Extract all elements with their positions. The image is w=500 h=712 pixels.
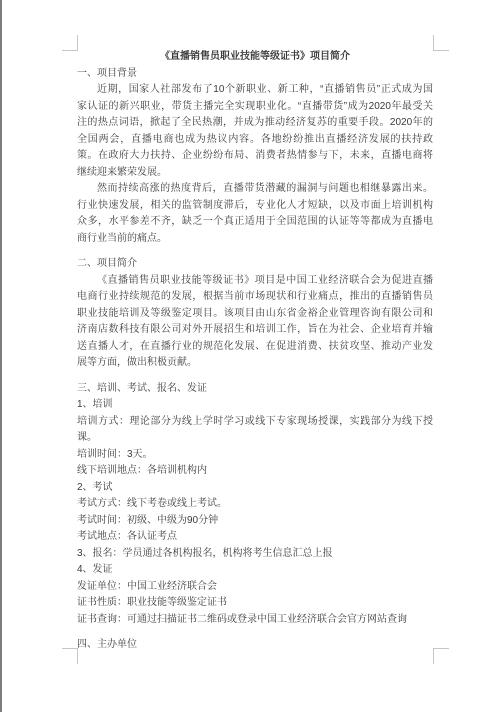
blank-line <box>77 247 433 256</box>
crop-mark-bottom-left-icon <box>62 648 78 664</box>
doc-line: 注的热点词语，掀起了全民热潮，并成为推动经济复苏的重要手段。2020年的 <box>77 115 433 132</box>
doc-line: 电商行业持续规范的发展，根据当前市场现状和行业痛点，推出的直播销售员 <box>77 289 433 306</box>
doc-line: 证书性质：职业技能等级鉴定证书 <box>77 595 433 612</box>
heading-project-introduction: 二、项目简介 <box>77 256 433 273</box>
doc-line: 4、发证 <box>77 562 433 579</box>
heading-host-organization: 四、主办单位 <box>77 637 433 654</box>
doc-line: 然而持续高涨的热度背后，直播带货潜藏的漏洞与问题也相继暴露出来。 <box>77 181 433 198</box>
doc-line: 考试方式：线下考卷或线上考试。 <box>77 496 433 513</box>
doc-line: 家认证的新兴职业，带货主播完全实现职业化。“直播带货”成为2020年最受关 <box>77 99 433 116</box>
doc-line: 行业快速发展，相关的监管制度滞后，专业化人才短缺，以及市面上培训机构 <box>77 198 433 215</box>
document-body: 《直播销售员职业技能等级证书》项目简介 一、项目背景 近期，国家人社部发布了10… <box>77 49 433 654</box>
doc-line: 继续迎来繁荣发展。 <box>77 165 433 182</box>
doc-line: 送直播人才，在直播行业的规范化发展、在促进消费、扶贫攻坚、推动产业发 <box>77 339 433 356</box>
crop-mark-top-right-icon <box>433 35 449 51</box>
crop-mark-bottom-right-icon <box>433 648 449 664</box>
doc-line: 培训时间：3天。 <box>77 447 433 464</box>
heading-project-background: 一、项目背景 <box>77 66 433 83</box>
doc-line: 《直播销售员职业技能等级证书》项目是中国工业经济联合会为促进直播 <box>77 273 433 290</box>
page-left-edge <box>0 0 2 712</box>
doc-line: 线下培训地点：各培训机构内 <box>77 463 433 480</box>
doc-line: 策。在政府大力扶持、企业纷纷布局、消费者热情参与下，未来，直播电商将 <box>77 148 433 165</box>
crop-mark-top-left-icon <box>62 35 78 51</box>
doc-line: 考试时间：初级、中级为90分钟 <box>77 513 433 530</box>
doc-title: 《直播销售员职业技能等级证书》项目简介 <box>77 49 433 66</box>
doc-line: 近期，国家人社部发布了10个新职业、新工种，“直播销售员”正式成为国 <box>77 82 433 99</box>
doc-line: 展等方面，做出积极贡献。 <box>77 355 433 372</box>
heading-training-exam-registration-certification: 三、培训、考试、报名、发证 <box>77 381 433 398</box>
blank-line <box>77 372 433 381</box>
doc-line: 考试地点：各认证考点 <box>77 529 433 546</box>
doc-line: 商行业当前的痛点。 <box>77 231 433 248</box>
doc-line: 课。 <box>77 430 433 447</box>
document-page: 《直播销售员职业技能等级证书》项目简介 一、项目背景 近期，国家人社部发布了10… <box>0 0 500 712</box>
doc-line: 培训方式：理论部分为线上学时学习或线下专家现场授课，实践部分为线下授 <box>77 414 433 431</box>
doc-line: 3、报名：学员通过各机构报名，机构将考生信息汇总上报 <box>77 546 433 563</box>
doc-line: 全国两会，直播电商也成为热议内容。各地纷纷推出直播经济发展的扶持政 <box>77 132 433 149</box>
doc-line: 职业技能培训及等级鉴定项目。该项目由山东省金裕企业管理咨询有限公司和 <box>77 306 433 323</box>
doc-line: 发证单位：中国工业经济联合会 <box>77 579 433 596</box>
doc-line: 济南店数科技有限公司对外开展招生和培训工作，旨在为社会、企业培育并输 <box>77 322 433 339</box>
blank-line <box>77 628 433 637</box>
doc-line: 2、考试 <box>77 480 433 497</box>
doc-line: 1、培训 <box>77 397 433 414</box>
doc-line: 证书查询：可通过扫描证书二维码或登录中国工业经济联合会官方网站查询 <box>77 612 433 629</box>
doc-line: 众多，水平参差不齐，缺乏一个真正适用于全国范围的认证等等都成为直播电 <box>77 214 433 231</box>
